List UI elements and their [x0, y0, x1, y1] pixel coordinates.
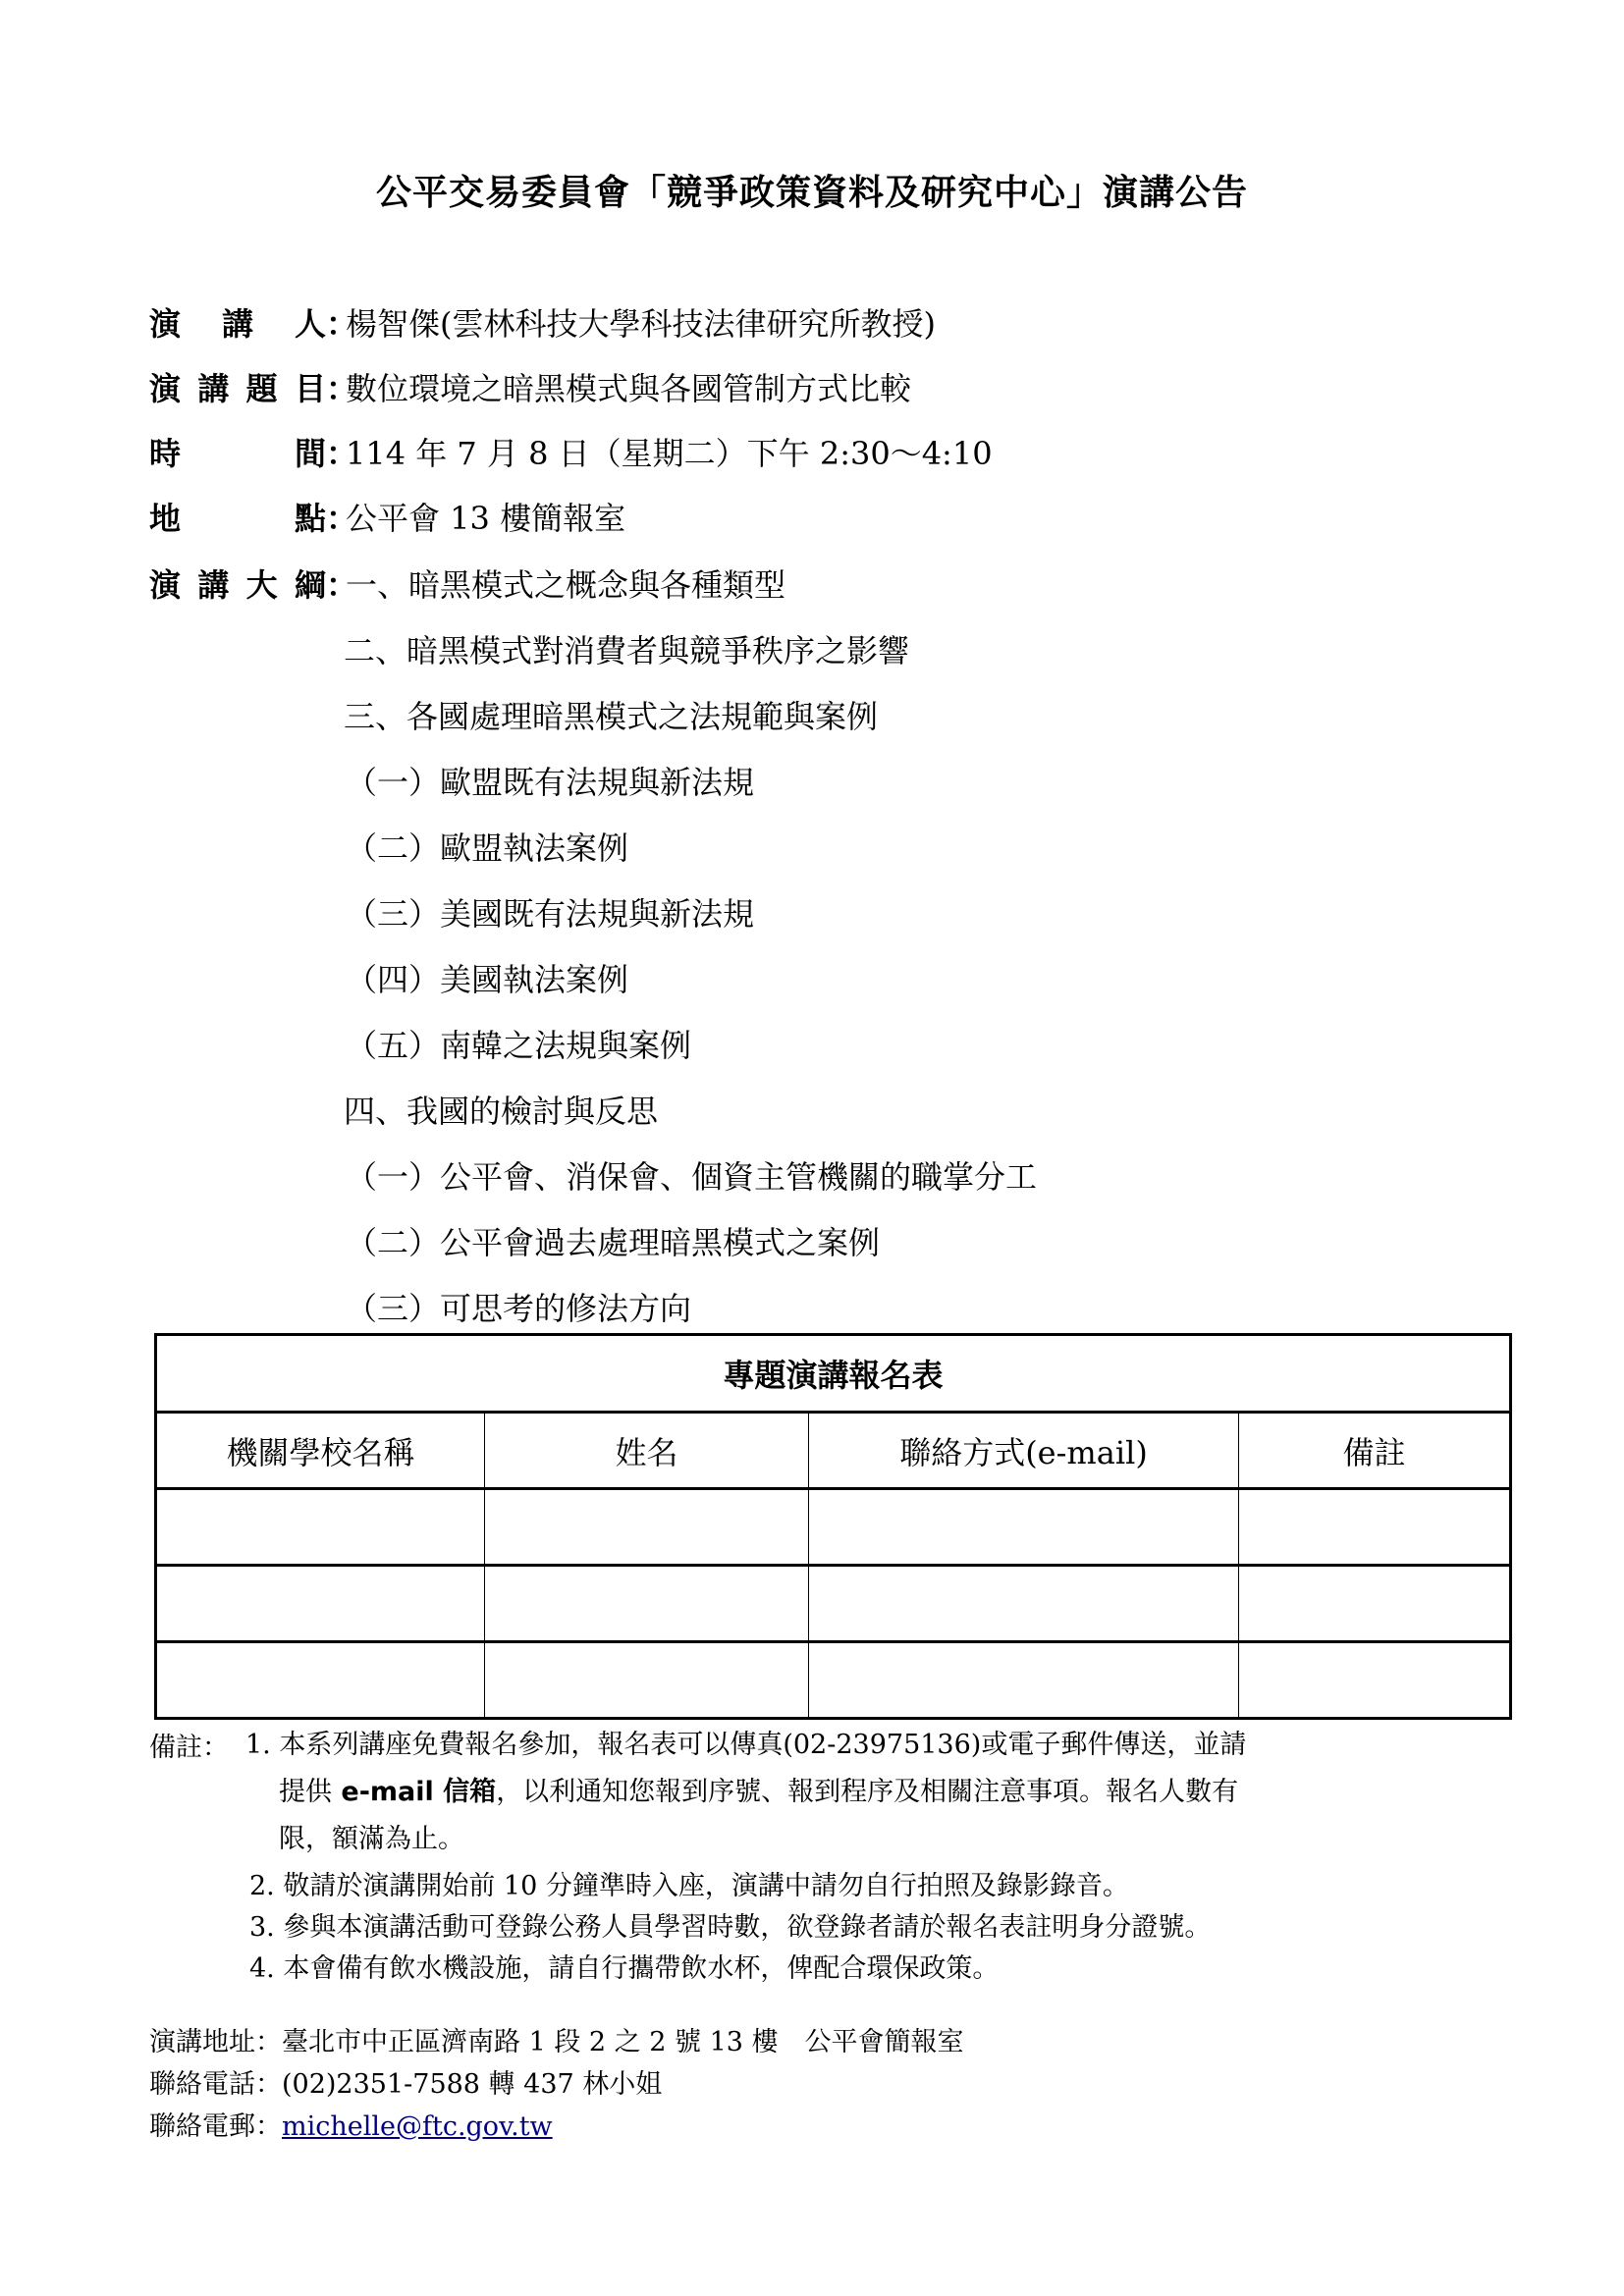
- contact-email: 聯絡電郵：michelle@ftc.gov.tw: [149, 2108, 553, 2147]
- note-text: ，以利通知您報到序號、報到程序及相關注意事項。報名人數有: [496, 1777, 1238, 1807]
- outline-item: 三、各國處理暗黑模式之法規範與案例: [344, 695, 878, 738]
- email-label: 聯絡電郵：: [149, 2111, 282, 2142]
- table-row: [156, 1566, 1511, 1642]
- outline-subitem: （二）公平會過去處理暗黑模式之案例: [346, 1221, 880, 1264]
- outline-label: 演講大綱: [149, 563, 326, 607]
- remarks-cell[interactable]: [1239, 1642, 1511, 1719]
- colon: ：: [326, 367, 346, 410]
- outline-subitem: （一）公平會、消保會、個資主管機關的職掌分工: [346, 1155, 1037, 1199]
- organization-cell[interactable]: [156, 1566, 485, 1642]
- table-row: [156, 1489, 1511, 1566]
- outline-subitem: （三）美國既有法規與新法規: [346, 892, 754, 935]
- contact-phone: 聯絡電話：(02)2351-7588 轉 437 林小姐: [149, 2065, 662, 2105]
- info-value: 114 年 7 月 8 日（星期二）下午 2:30～4:10: [346, 432, 993, 475]
- info-label: 地 點: [149, 497, 326, 540]
- outline-item: 四、我國的檢討與反思: [344, 1090, 658, 1133]
- note-item-1-line1: 1. 本系列講座免費報名參加，報名表可以傳真(02-23975136)或電子郵件…: [245, 1726, 1246, 1765]
- contact-address: 演講地址：臺北市中正區濟南路 1 段 2 之 2 號 13 樓 公平會簡報室: [149, 2023, 964, 2062]
- note-text: 提供: [279, 1777, 332, 1807]
- notes-label: 備註：: [149, 1726, 229, 1764]
- remarks-cell[interactable]: [1239, 1489, 1511, 1566]
- info-label: 演 講 人: [149, 302, 326, 346]
- note-item-1-line3: 限，額滿為止。: [279, 1820, 464, 1859]
- page-title: 公平交易委員會「競爭政策資料及研究中心」演講公告: [0, 165, 1624, 215]
- name-cell[interactable]: [485, 1489, 809, 1566]
- table-caption: 專題演講報名表: [156, 1335, 1511, 1413]
- outline-heading: 演講大綱：一、暗黑模式之概念與各種類型: [149, 563, 785, 607]
- note-item-4: 4. 本會備有飲水機設施，請自行攜帶飲水杯，俾配合環保政策。: [249, 1949, 999, 1989]
- name-cell[interactable]: [485, 1642, 809, 1719]
- address-label: 演講地址：: [149, 2027, 282, 2057]
- info-speaker: 演 講 人：楊智傑(雲林科技大學科技法律研究所教授): [149, 302, 936, 346]
- email-cell[interactable]: [809, 1489, 1239, 1566]
- email-cell[interactable]: [809, 1566, 1239, 1642]
- info-value: 楊智傑(雲林科技大學科技法律研究所教授): [346, 302, 936, 346]
- name-cell[interactable]: [485, 1566, 809, 1642]
- note-item-3: 3. 參與本演講活動可登錄公務人員學習時數，欲登錄者請於報名表註明身分證號。: [249, 1908, 1211, 1948]
- info-topic: 演講題目：數位環境之暗黑模式與各國管制方式比較: [149, 367, 911, 410]
- registration-table: 專題演講報名表 機關學校名稱 姓名 聯絡方式(e-mail) 備註: [154, 1333, 1512, 1720]
- info-value: 數位環境之暗黑模式與各國管制方式比較: [346, 367, 911, 410]
- column-header-organization: 機關學校名稱: [156, 1413, 485, 1489]
- address-value: 臺北市中正區濟南路 1 段 2 之 2 號 13 樓 公平會簡報室: [282, 2027, 964, 2057]
- column-header-name: 姓名: [485, 1413, 809, 1489]
- note-item-2: 2. 敬請於演講開始前 10 分鐘準時入座，演講中請勿自行拍照及錄影錄音。: [249, 1867, 1129, 1906]
- info-location: 地 點：公平會 13 樓簡報室: [149, 497, 625, 540]
- column-header-remarks: 備註: [1239, 1413, 1511, 1489]
- remarks-cell[interactable]: [1239, 1566, 1511, 1642]
- outline-item: 一、暗黑模式之概念與各種類型: [346, 563, 785, 607]
- note-item-1-line2: 提供 e-mail 信箱，以利通知您報到序號、報到程序及相關注意事項。報名人數有: [279, 1773, 1238, 1812]
- column-header-email: 聯絡方式(e-mail): [809, 1413, 1239, 1489]
- info-time: 時 間：114 年 7 月 8 日（星期二）下午 2:30～4:10: [149, 432, 993, 475]
- email-cell[interactable]: [809, 1642, 1239, 1719]
- table-row: [156, 1642, 1511, 1719]
- outline-subitem: （三）可思考的修法方向: [346, 1287, 691, 1330]
- info-label: 時 間: [149, 432, 326, 475]
- organization-cell[interactable]: [156, 1489, 485, 1566]
- colon: ：: [326, 302, 346, 346]
- phone-label: 聯絡電話：: [149, 2069, 282, 2100]
- email-link[interactable]: michelle@ftc.gov.tw: [282, 2111, 553, 2142]
- colon: ：: [326, 563, 346, 607]
- outline-subitem: （四）美國執法案例: [346, 958, 628, 1001]
- note-emphasis: e-mail 信箱: [332, 1777, 496, 1807]
- info-value: 公平會 13 樓簡報室: [346, 497, 625, 540]
- outline-subitem: （二）歐盟執法案例: [346, 827, 628, 870]
- organization-cell[interactable]: [156, 1642, 485, 1719]
- outline-subitem: （一）歐盟既有法規與新法規: [346, 761, 754, 804]
- outline-item: 二、暗黑模式對消費者與競爭秩序之影響: [344, 629, 909, 672]
- phone-value: (02)2351-7588 轉 437 林小姐: [282, 2069, 662, 2100]
- outline-subitem: （五）南韓之法規與案例: [346, 1024, 691, 1067]
- table-header-row: 機關學校名稱 姓名 聯絡方式(e-mail) 備註: [156, 1413, 1511, 1489]
- colon: ：: [326, 432, 346, 475]
- colon: ：: [326, 497, 346, 540]
- info-label: 演講題目: [149, 367, 326, 410]
